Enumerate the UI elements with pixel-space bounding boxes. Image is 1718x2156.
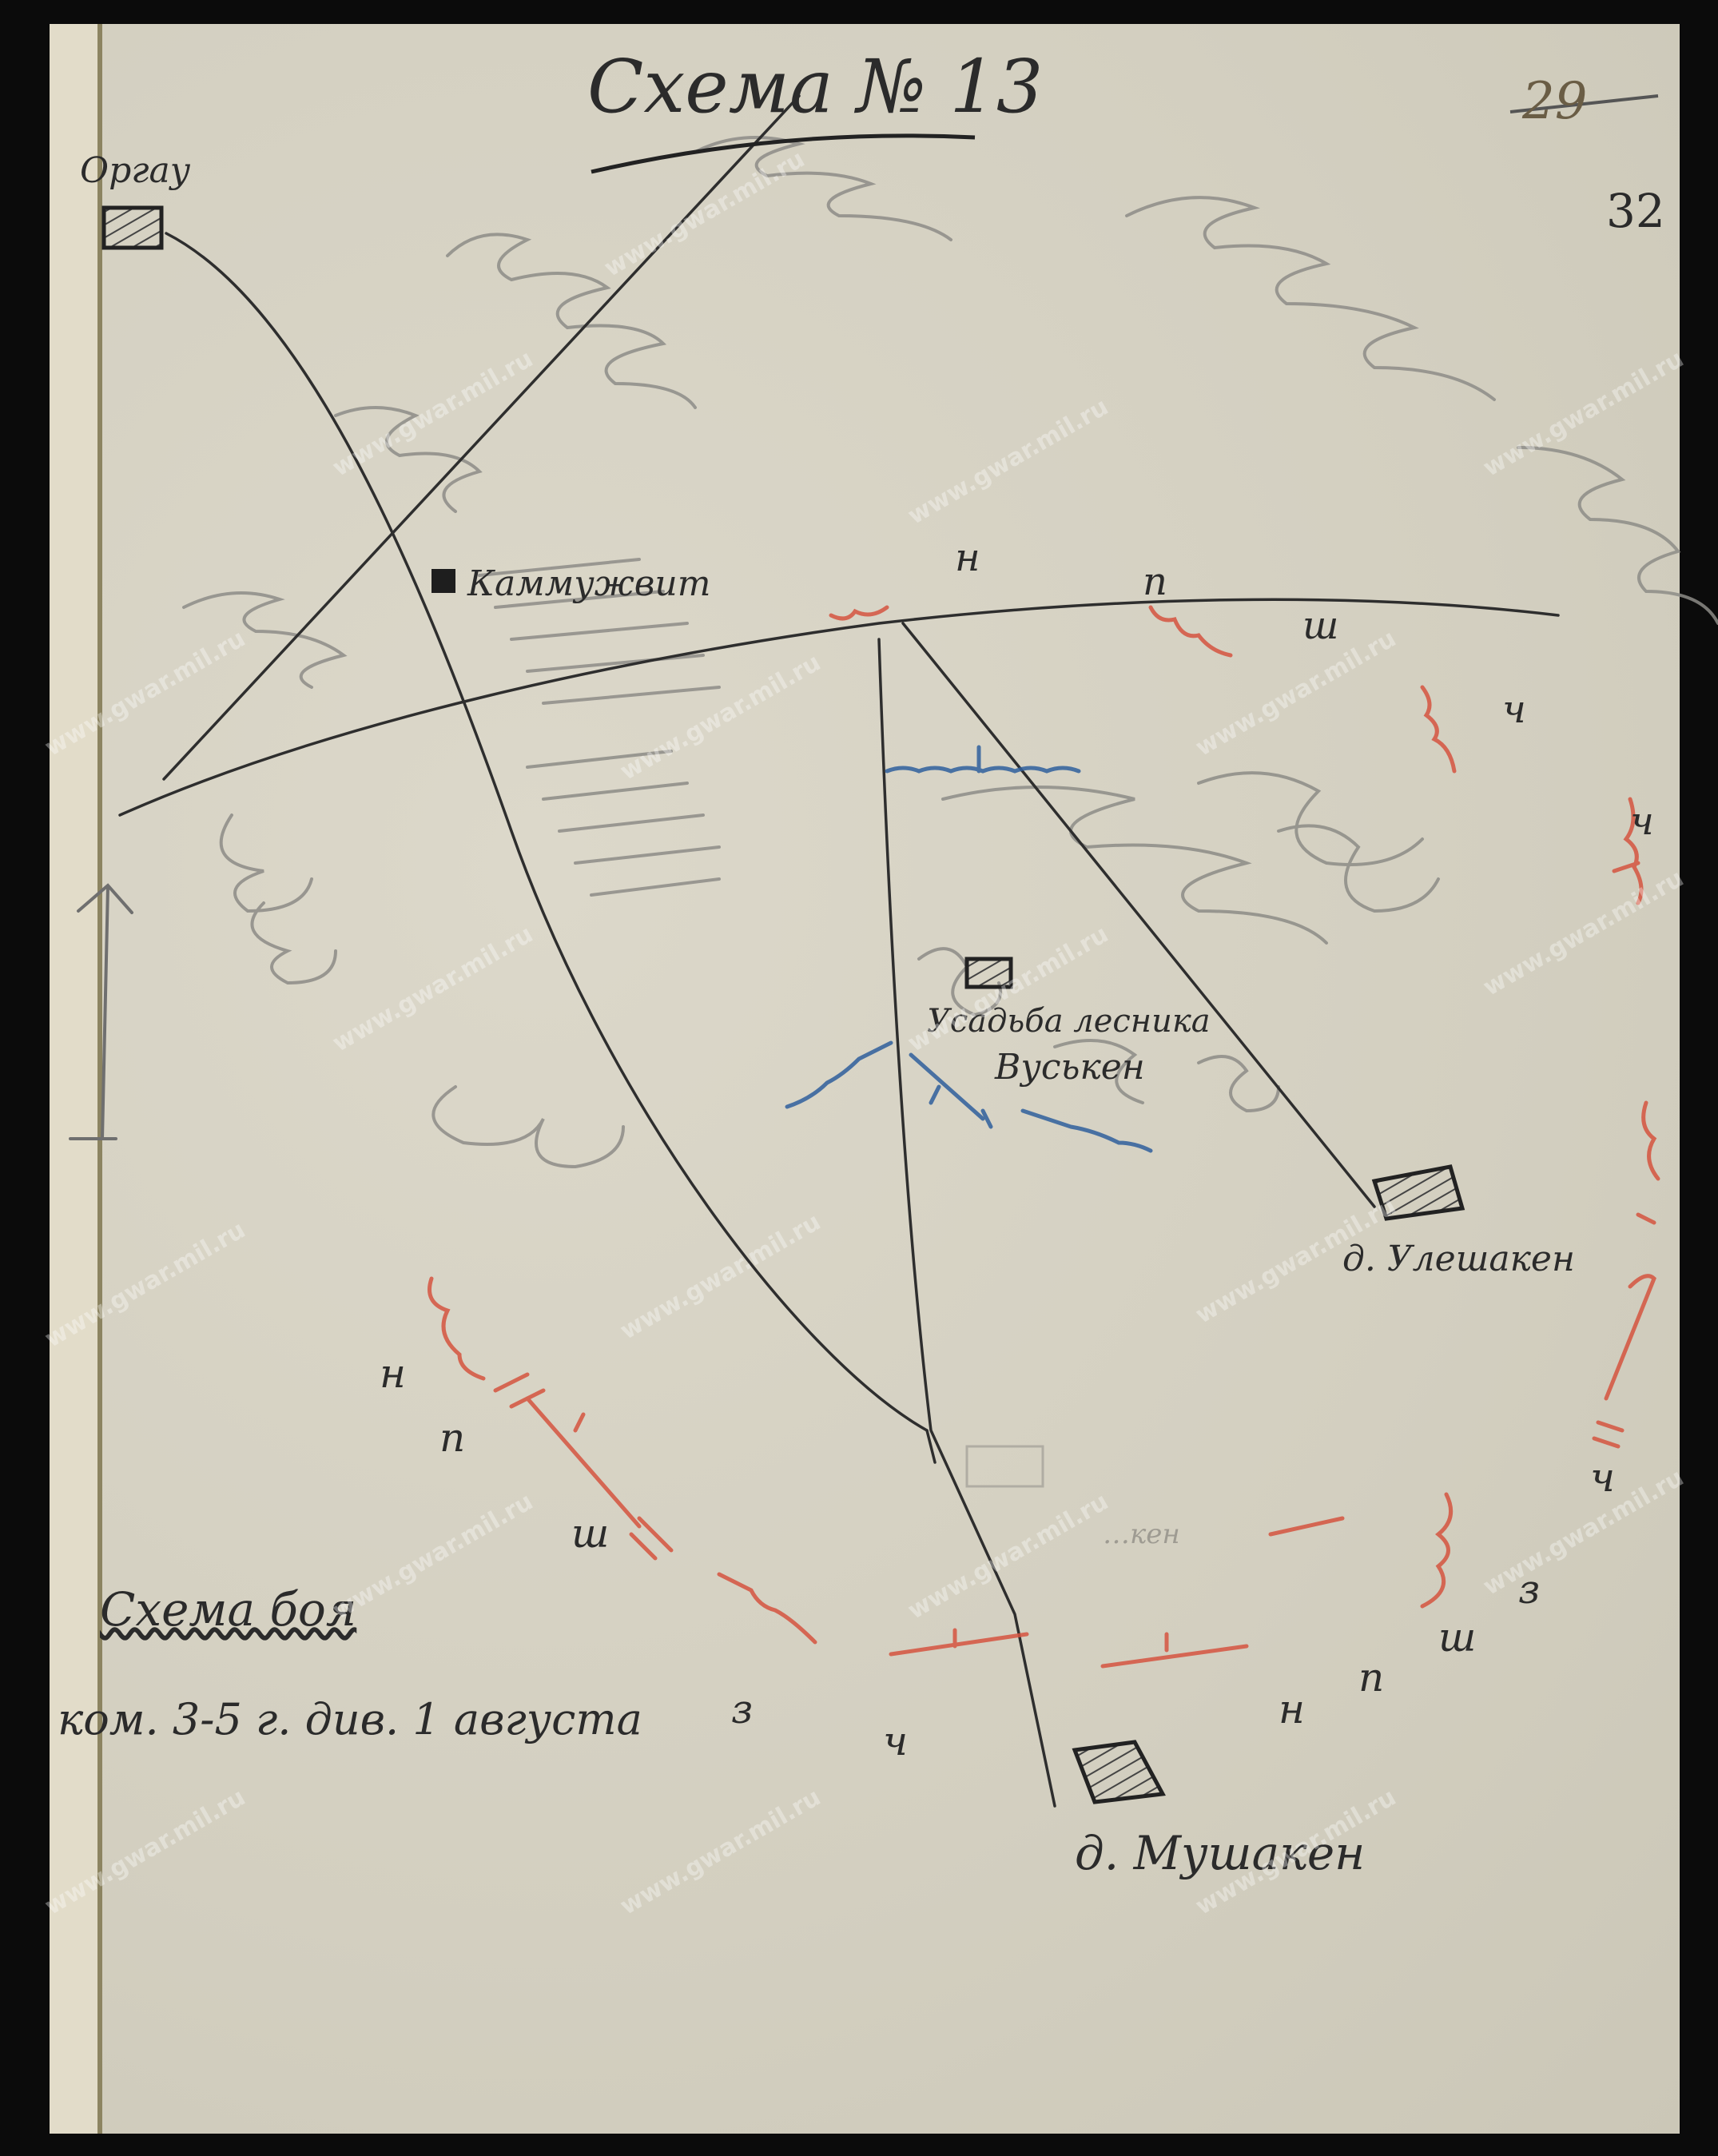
- label-orgau: Оргау: [80, 150, 190, 191]
- label-vusken: Вуськен: [995, 1047, 1145, 1088]
- unit-label: ш: [1438, 1614, 1476, 1661]
- unit-label: н: [380, 1350, 406, 1397]
- map-title: Схема № 13: [587, 44, 1043, 129]
- label-faint-village: …кен: [1103, 1518, 1180, 1550]
- unit-label: ч: [883, 1718, 908, 1764]
- red-positions: [430, 607, 1659, 1666]
- unit-label: ч: [1502, 687, 1526, 732]
- label-kammuzhvit: Каммужвит: [467, 563, 710, 604]
- mushaken-symbol: [1075, 1742, 1163, 1802]
- unit-label: н: [1279, 1686, 1305, 1732]
- kammuzhvit-symbol: [431, 569, 455, 593]
- page-number: 32: [1606, 184, 1665, 238]
- unit-label: п: [1358, 1654, 1384, 1701]
- orgau-symbol: [104, 208, 161, 248]
- caption-subtitle: ком. 3-5 г. див. 1 августа: [58, 1694, 642, 1744]
- old-page-number: 29: [1522, 72, 1587, 131]
- caption-title: Схема боя: [100, 1582, 356, 1637]
- unit-label: ч: [1630, 799, 1654, 844]
- unit-label: ч: [1590, 1454, 1615, 1501]
- unit-label: н: [955, 535, 980, 580]
- label-uleshaken: д. Улешакен: [1342, 1239, 1575, 1279]
- unit-label: п: [1143, 559, 1167, 604]
- unit-label: з: [731, 1686, 753, 1732]
- unit-label: ш: [571, 1510, 609, 1557]
- battle-map: [0, 0, 1718, 2156]
- unit-label: ш: [1302, 603, 1338, 648]
- north-arrow-icon: [70, 885, 132, 1139]
- faint-village-symbol: [967, 1446, 1043, 1486]
- unit-label: п: [439, 1414, 465, 1461]
